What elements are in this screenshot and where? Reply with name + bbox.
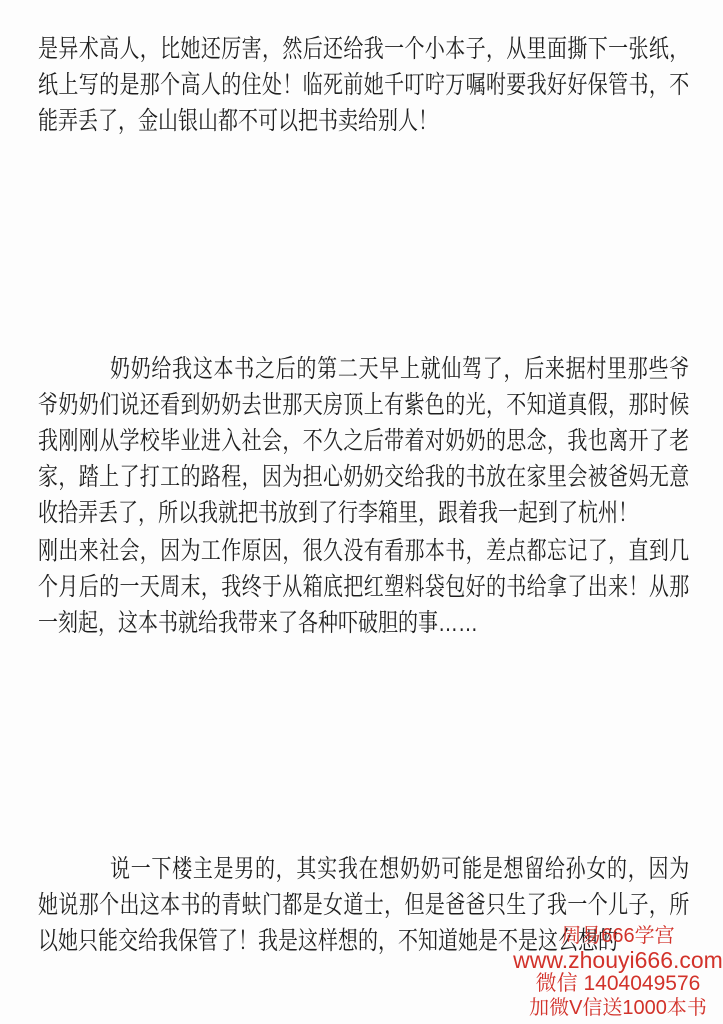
watermark-block: 周易666学宫 www.zhouyi666.com 微信 1404049576 … (500, 925, 723, 1020)
paragraph-2: 奶奶给我这本书之后的第二天早上就仙驾了，后来据村里那些爷爷奶奶们说还看到奶奶去世… (38, 351, 689, 531)
paragraph-3: 刚出来社会，因为工作原因，很久没有看那本书，差点都忘记了，直到几个月后的一天周末… (38, 533, 689, 641)
watermark-promo: 加微V信送1000本书 (500, 996, 723, 1020)
watermark-wechat-id: 微信 1404049576 (500, 972, 723, 996)
watermark-url: www.zhouyi666.com (500, 948, 723, 972)
novel-scan-page: 是异术高人，比她还厉害，然后还给我一个小本子，从里面撕下一张纸，纸上写的是那个高… (0, 0, 723, 1024)
watermark-site-name: 周易666学宫 (500, 925, 723, 948)
paragraph-1: 是异术高人，比她还厉害，然后还给我一个小本子，从里面撕下一张纸，纸上写的是那个高… (38, 31, 689, 139)
body-text-layer: 是异术高人，比她还厉害，然后还给我一个小本子，从里面撕下一张纸，纸上写的是那个高… (38, 0, 689, 1024)
